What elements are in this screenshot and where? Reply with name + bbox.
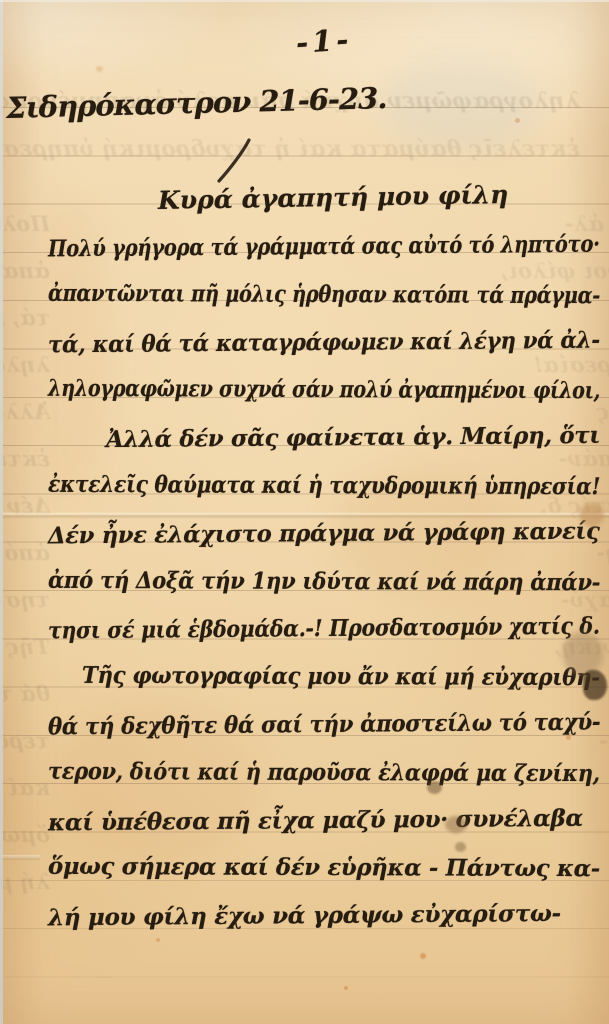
- handwritten-line: ὅμως σήμερα καί δέν εὑρῆκα - Πάντως κα-: [48, 853, 600, 882]
- letter-scan-page: ληλογραφῶμεν συχνά σάν πολύ ἀγαπημένοι φ…: [0, 0, 609, 1024]
- handwritten-line: Δέν ἦνε ἐλάχιστο πράγμα νά γράφη κανείς: [48, 517, 600, 549]
- handwritten-line: τησι σέ μιά ἑβδομάδα.-! Προσδατοσμόν χατ…: [48, 613, 600, 645]
- handwritten-line: λή μου φίλη ἔχω νά γράψω εὐχαρίστω-: [48, 900, 600, 932]
- scan-edge: [0, 0, 3, 1024]
- handwritten-line: τά, καί θά τά καταγράφωμεν καί λέγη νά ἀ…: [48, 326, 600, 358]
- fold-crease: [0, 855, 40, 860]
- pen-flourish: [215, 138, 265, 183]
- page-number: -1-: [295, 22, 354, 60]
- foxing-spot: [96, 66, 103, 72]
- handwritten-line: Ἀλλά δέν σᾶς φαίνεται ἁγ. Μαίρη, ὅτι: [48, 422, 609, 454]
- handwritten-line: ἀπαντῶνται πῆ μόλις ἡρθησαν κατόπι τά πρ…: [48, 280, 600, 309]
- handwritten-line: Πολύ γρήγορα τά γράμματά σας αὐτό τό ληπ…: [48, 231, 600, 263]
- scan-edge: [0, 0, 609, 2]
- handwritten-line: καί ὑπέθεσα πῆ εἶχα μαζύ μου· συνέλαβα: [48, 804, 600, 836]
- handwritten-line: ἀπό τή Δοξᾶ τήν 1ην ιδύτα καί νά πάρη ἀπ…: [48, 566, 600, 595]
- handwritten-line: ληλογραφῶμεν συχνά σάν πολύ ἀγαπημένοι φ…: [48, 375, 600, 404]
- handwritten-line: τερον, διότι καί ἡ παροῦσα ἐλαφρά μα ζεν…: [48, 758, 600, 787]
- fold-crease: [0, 512, 609, 519]
- handwritten-line: Τῆς φωτογραφίας μου ἄν καί μή εὐχαριθη-: [48, 662, 609, 692]
- handwritten-line: ἐκτελεῖς θαύματα καί ἡ ταχυδρομική ὑπηρε…: [48, 471, 600, 500]
- handwritten-line: θά τή δεχθῆτε θά σαί τήν ἀποστείλω τό τα…: [48, 709, 600, 741]
- salutation: Κυρά ἀγαπητή μου φίλη: [158, 180, 509, 215]
